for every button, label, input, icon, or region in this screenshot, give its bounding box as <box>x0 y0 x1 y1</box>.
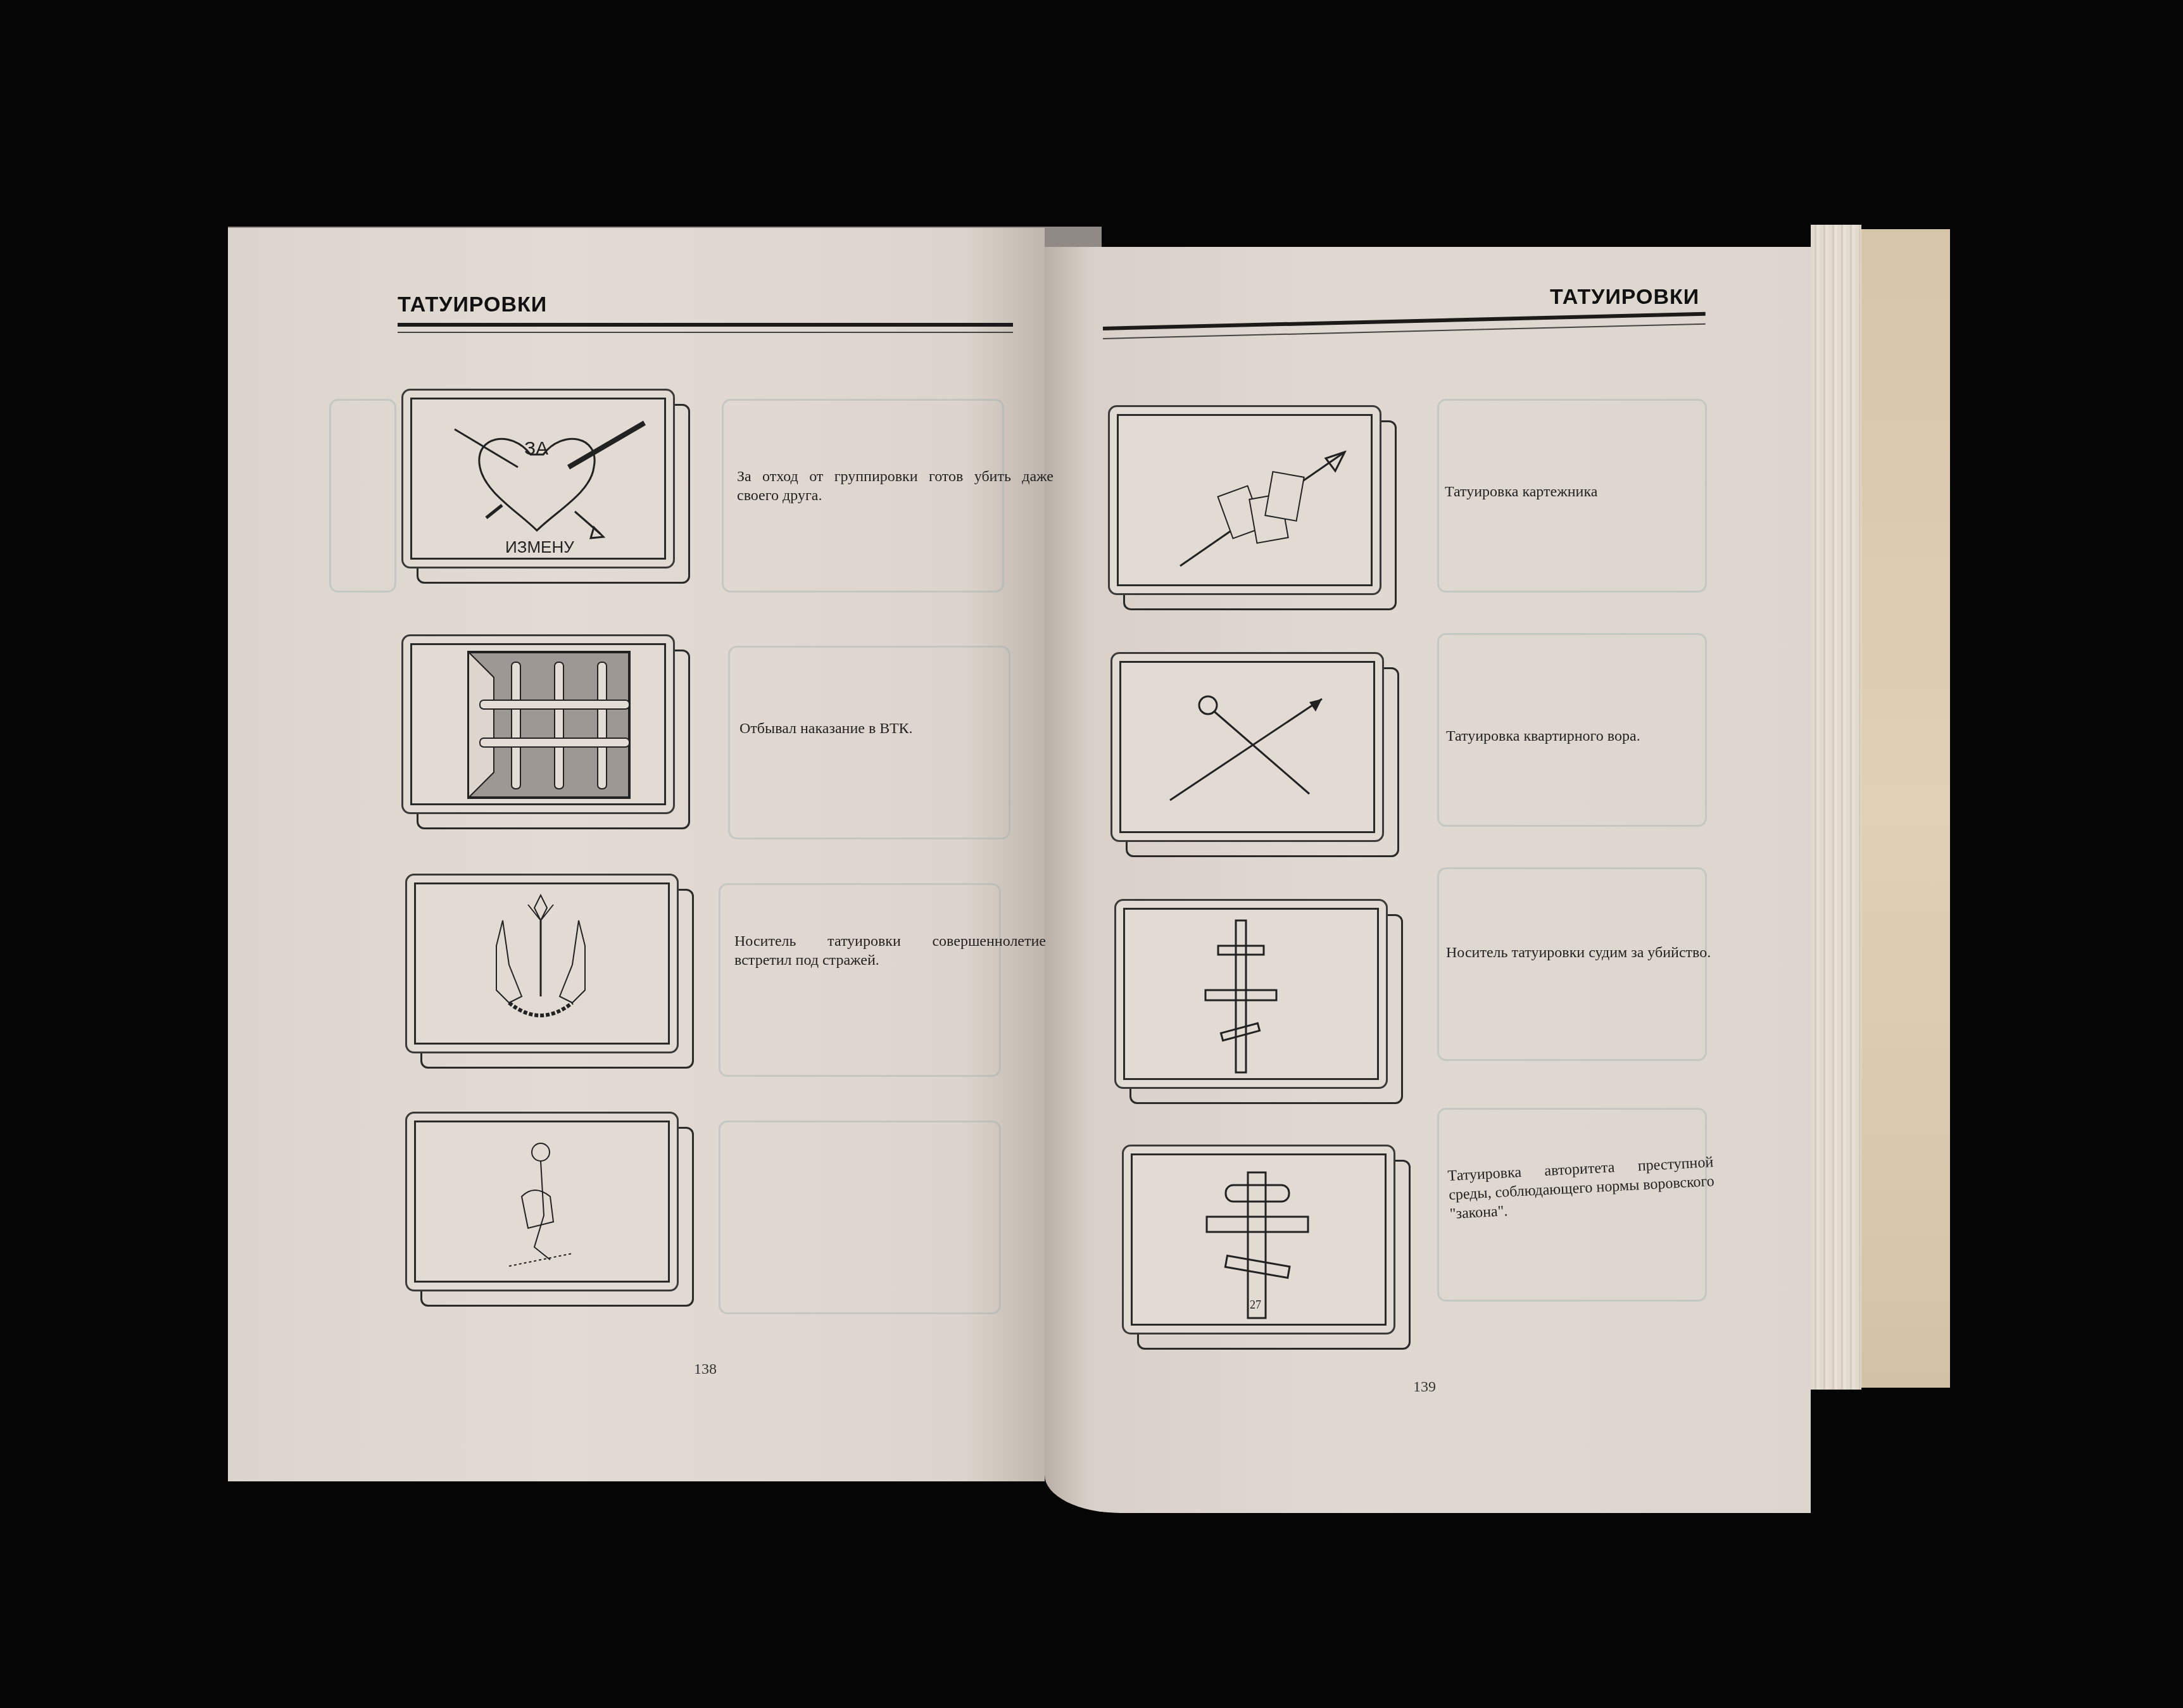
hand-rose-barbed-wire-icon <box>414 1121 670 1283</box>
tattoo-illustration-heart: ЗА ИЗМЕНУ <box>401 389 675 568</box>
left-page-header: ТАТУИРОВКИ <box>398 292 547 317</box>
right-page-header: ТАТУИРОВКИ <box>1550 285 1699 310</box>
svg-text:ИЗМЕНУ: ИЗМЕНУ <box>505 537 574 556</box>
prison-bars-icon <box>410 643 666 805</box>
caption: Татуировка квартирного вора. <box>1446 727 1712 746</box>
tattoo-illustration-cards-arrow <box>1108 405 1381 595</box>
caption: Носитель татуировки судим за убийство. <box>1446 943 1712 962</box>
svg-text:27: 27 <box>1250 1298 1261 1311</box>
right-page-number: 139 <box>1413 1379 1436 1396</box>
caption: Носитель татуировки совершеннолетие встр… <box>734 932 1046 970</box>
show-through-frame <box>719 1121 1001 1314</box>
show-through-frame <box>1437 867 1707 1061</box>
left-page-number: 138 <box>694 1361 717 1378</box>
heart-arrow-dagger-icon: ЗА ИЗМЕНУ <box>410 398 666 560</box>
crucifix-icon: 27 <box>1131 1153 1387 1326</box>
caption: За отход от группировки готов убить даже… <box>737 467 1054 505</box>
orthodox-cross-icon <box>1123 908 1379 1080</box>
playing-cards-arrow-icon <box>1117 414 1373 586</box>
caption: Татуировка картежника <box>1445 482 1711 501</box>
tattoo-illustration-hand-rose <box>405 1112 679 1291</box>
show-through-frame <box>719 883 1001 1077</box>
tattoo-illustration-crucifix: 27 <box>1122 1145 1395 1334</box>
back-cover <box>1861 229 1950 1388</box>
header-rule <box>398 323 1013 327</box>
svg-text:ЗА: ЗА <box>524 438 548 459</box>
tattoo-illustration-prison-window <box>401 634 675 814</box>
header-rule-thin <box>398 332 1013 333</box>
show-through-frame <box>728 646 1010 839</box>
open-book: ТАТУИРОВКИ ТАТУИРОВКИ ЗА ИЗМЕНУ За отход… <box>0 0 2183 1708</box>
caption: Отбывал наказание в ВТК. <box>739 719 1056 738</box>
tattoo-illustration-handcuffed-hands <box>405 874 679 1053</box>
crossed-key-arrow-icon <box>1119 661 1375 833</box>
show-through-frame <box>329 399 396 593</box>
handcuffed-hands-flower-icon <box>414 882 670 1045</box>
tattoo-illustration-key-arrow <box>1110 652 1384 842</box>
page-stack-edges <box>1811 225 1861 1390</box>
tattoo-illustration-orthodox-cross <box>1114 899 1388 1089</box>
